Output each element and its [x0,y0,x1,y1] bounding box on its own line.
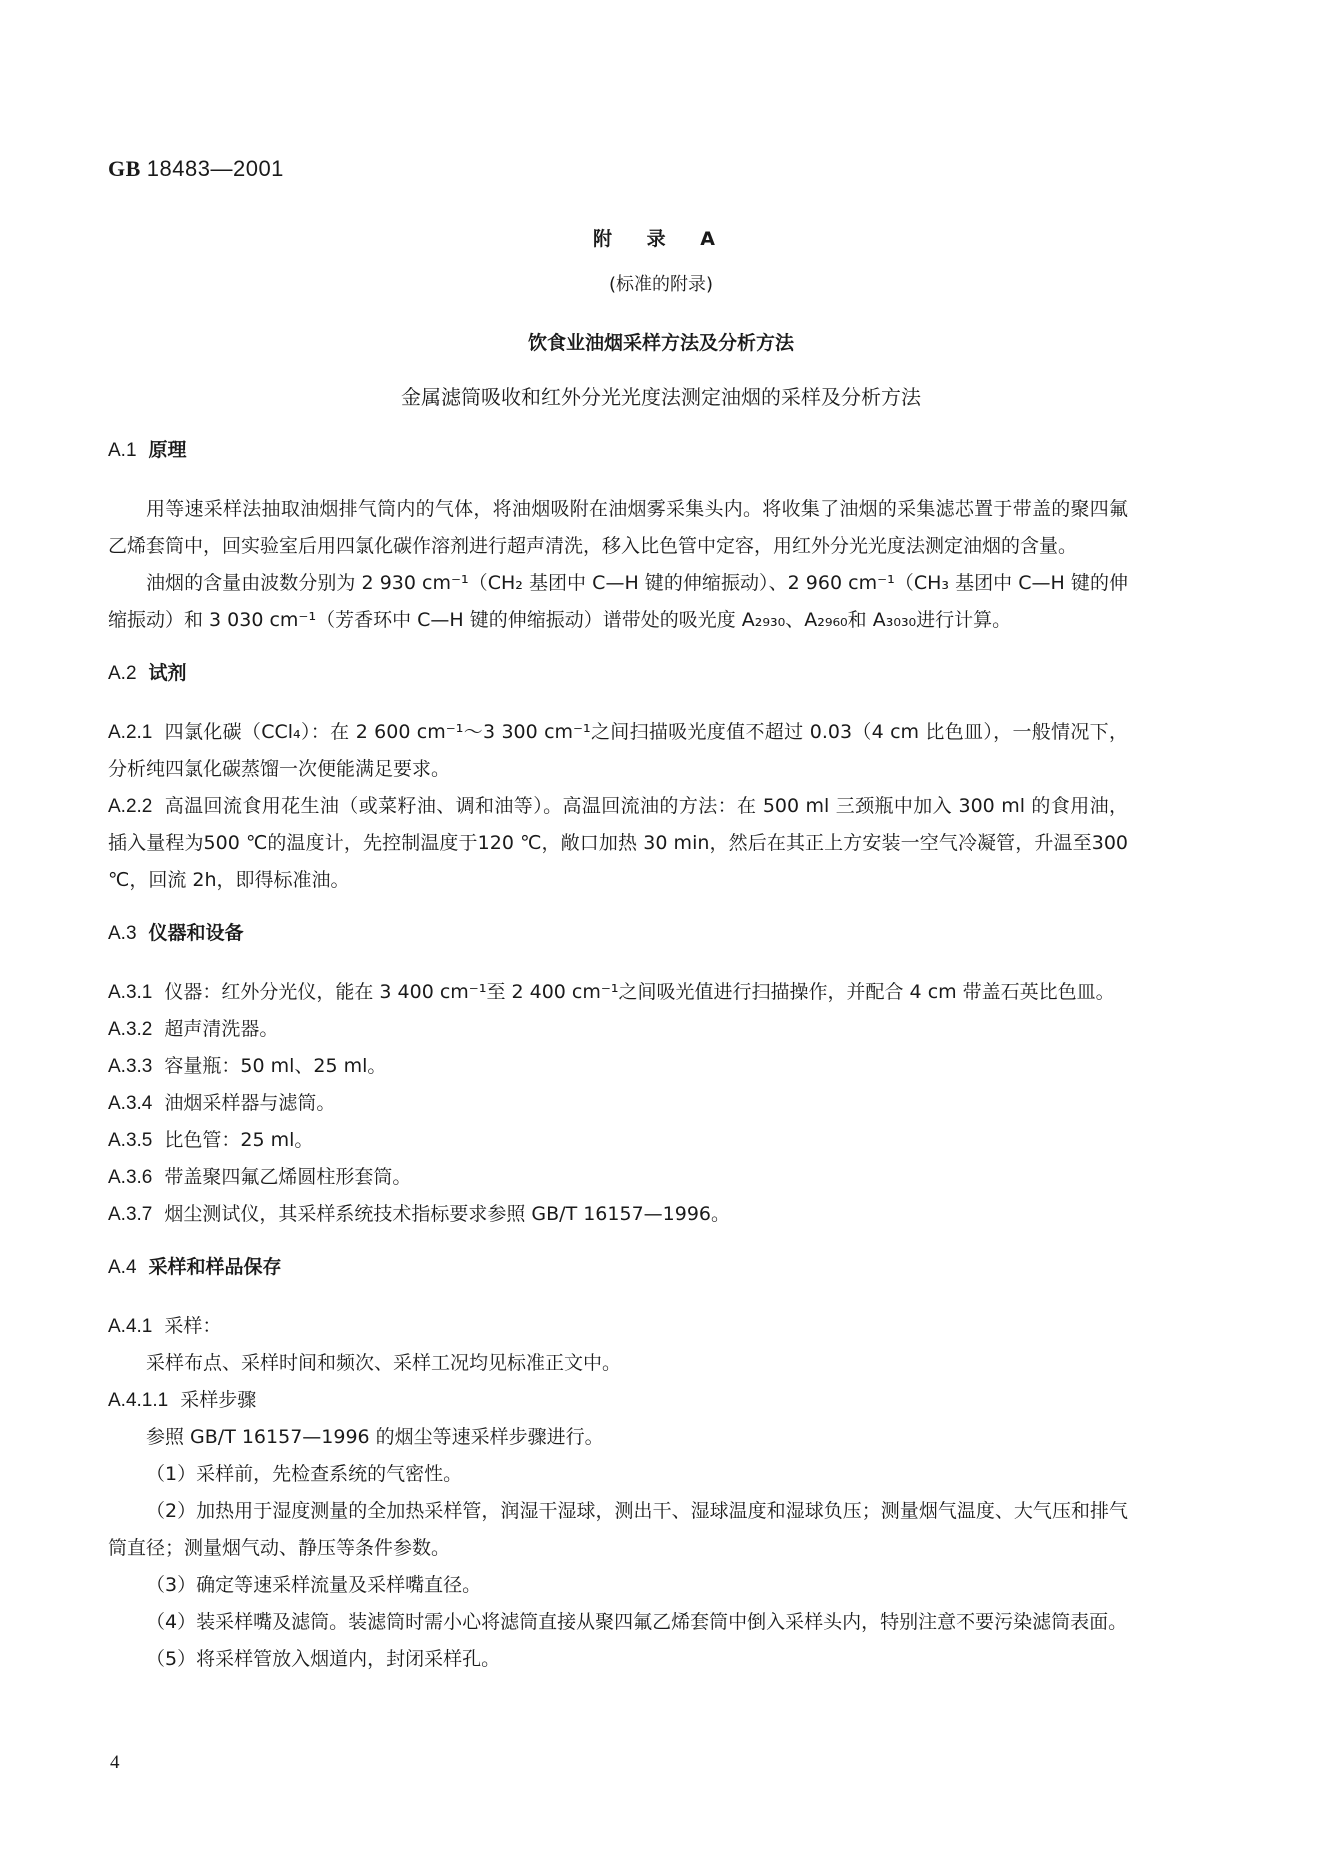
section-heading-a2: A.2试剂 [108,655,1128,692]
clause: A.3.2超声清洗器。 [108,1011,1128,1048]
clause-number: A.3.4 [108,1093,152,1114]
procedure-step: （5）将采样管放入烟道内，封闭采样孔。 [108,1641,1128,1678]
clause-number: A.3.1 [108,982,152,1003]
section-title: 试剂 [149,662,187,684]
clause-heading: A.4.1采样： [108,1308,1128,1345]
clause-number: A.3.6 [108,1167,152,1188]
clause: A.3.5比色管：25 ml。 [108,1122,1128,1159]
document-subtitle: 金属滤筒吸收和红外分光光度法测定油烟的采样及分析方法 [0,381,1322,410]
section-title: 采样和样品保存 [149,1256,282,1278]
section-heading-a3: A.3仪器和设备 [108,915,1128,952]
paragraph: 用等速采样法抽取油烟排气筒内的气体，将油烟吸附在油烟雾采集头内。将收集了油烟的采… [108,491,1128,565]
clause-number: A.3.5 [108,1130,152,1151]
clause-number: A.2.1 [108,722,152,743]
standard-code: GB18483—2001 [108,156,284,182]
document-body: A.1原理 用等速采样法抽取油烟排气筒内的气体，将油烟吸附在油烟雾采集头内。将收… [108,432,1128,1678]
clause-text: 带盖聚四氟乙烯圆柱形套筒。 [164,1166,411,1188]
clause: A.3.1仪器：红外分光仪，能在 3 400 cm⁻¹至 2 400 cm⁻¹之… [108,974,1128,1011]
clause: A.3.3容量瓶：50 ml、25 ml。 [108,1048,1128,1085]
clause-text: 超声清洗器。 [164,1018,278,1040]
clause-text: 比色管：25 ml。 [164,1129,313,1151]
clause-number: A.4.1.1 [108,1390,168,1411]
procedure-step: （2）加热用于湿度测量的全加热采样管，润湿干湿球，测出干、湿球温度和湿球负压；测… [108,1493,1128,1567]
clause-text: 参照 GB/T 16157—1996 的烟尘等速采样步骤进行。 [108,1419,1128,1456]
clause-number: A.3.3 [108,1056,152,1077]
procedure-step: （4）装采样嘴及滤筒。装滤筒时需小心将滤筒直接从聚四氟乙烯套筒中倒入采样头内，特… [108,1604,1128,1641]
procedure-step: （1）采样前，先检查系统的气密性。 [108,1456,1128,1493]
clause-text: 采样布点、采样时间和频次、采样工况均见标准正文中。 [108,1345,1128,1382]
appendix-title: 附 录 A [0,224,1322,251]
standard-number: 18483—2001 [147,156,284,181]
clause-title: 采样： [164,1315,221,1337]
section-heading-a1: A.1原理 [108,432,1128,469]
clause-title: 采样步骤 [180,1389,256,1411]
section-title: 仪器和设备 [149,922,244,944]
paragraph: 油烟的含量由波数分别为 2 930 cm⁻¹（CH₂ 基团中 C—H 键的伸缩振… [108,565,1128,639]
document-title: 饮食业油烟采样方法及分析方法 [0,328,1322,355]
clause: A.3.6带盖聚四氟乙烯圆柱形套筒。 [108,1159,1128,1196]
section-heading-a4: A.4采样和样品保存 [108,1249,1128,1286]
page-number: 4 [110,1752,120,1774]
clause-text: 四氯化碳（CCl₄）：在 2 600 cm⁻¹～3 300 cm⁻¹之间扫描吸光… [108,721,1128,780]
clause-text: 仪器：红外分光仪，能在 3 400 cm⁻¹至 2 400 cm⁻¹之间吸光值进… [164,981,1114,1003]
appendix-subtitle: (标准的附录) [0,270,1322,296]
clause-number: A.2.2 [108,796,152,817]
section-number: A.3 [108,923,137,944]
section-number: A.2 [108,663,137,684]
clause-text: 高温回流食用花生油（或菜籽油、调和油等）。高温回流油的方法：在 500 ml 三… [108,795,1128,891]
section-number: A.4 [108,1257,137,1278]
clause-heading: A.4.1.1采样步骤 [108,1382,1128,1419]
clause-number: A.4.1 [108,1316,152,1337]
section-number: A.1 [108,440,137,461]
clause-number: A.3.2 [108,1019,152,1040]
procedure-step: （3）确定等速采样流量及采样嘴直径。 [108,1567,1128,1604]
clause: A.3.7烟尘测试仪，其采样系统技术指标要求参照 GB/T 16157—1996… [108,1196,1128,1233]
section-title: 原理 [149,439,187,461]
clause: A.3.4油烟采样器与滤筒。 [108,1085,1128,1122]
clause-text: 油烟采样器与滤筒。 [164,1092,335,1114]
standard-prefix: GB [108,156,141,181]
clause-number: A.3.7 [108,1204,152,1225]
clause-text: 容量瓶：50 ml、25 ml。 [164,1055,386,1077]
clause-text: 烟尘测试仪，其采样系统技术指标要求参照 GB/T 16157—1996。 [164,1203,730,1225]
clause: A.2.2高温回流食用花生油（或菜籽油、调和油等）。高温回流油的方法：在 500… [108,788,1128,899]
clause: A.2.1四氯化碳（CCl₄）：在 2 600 cm⁻¹～3 300 cm⁻¹之… [108,714,1128,788]
